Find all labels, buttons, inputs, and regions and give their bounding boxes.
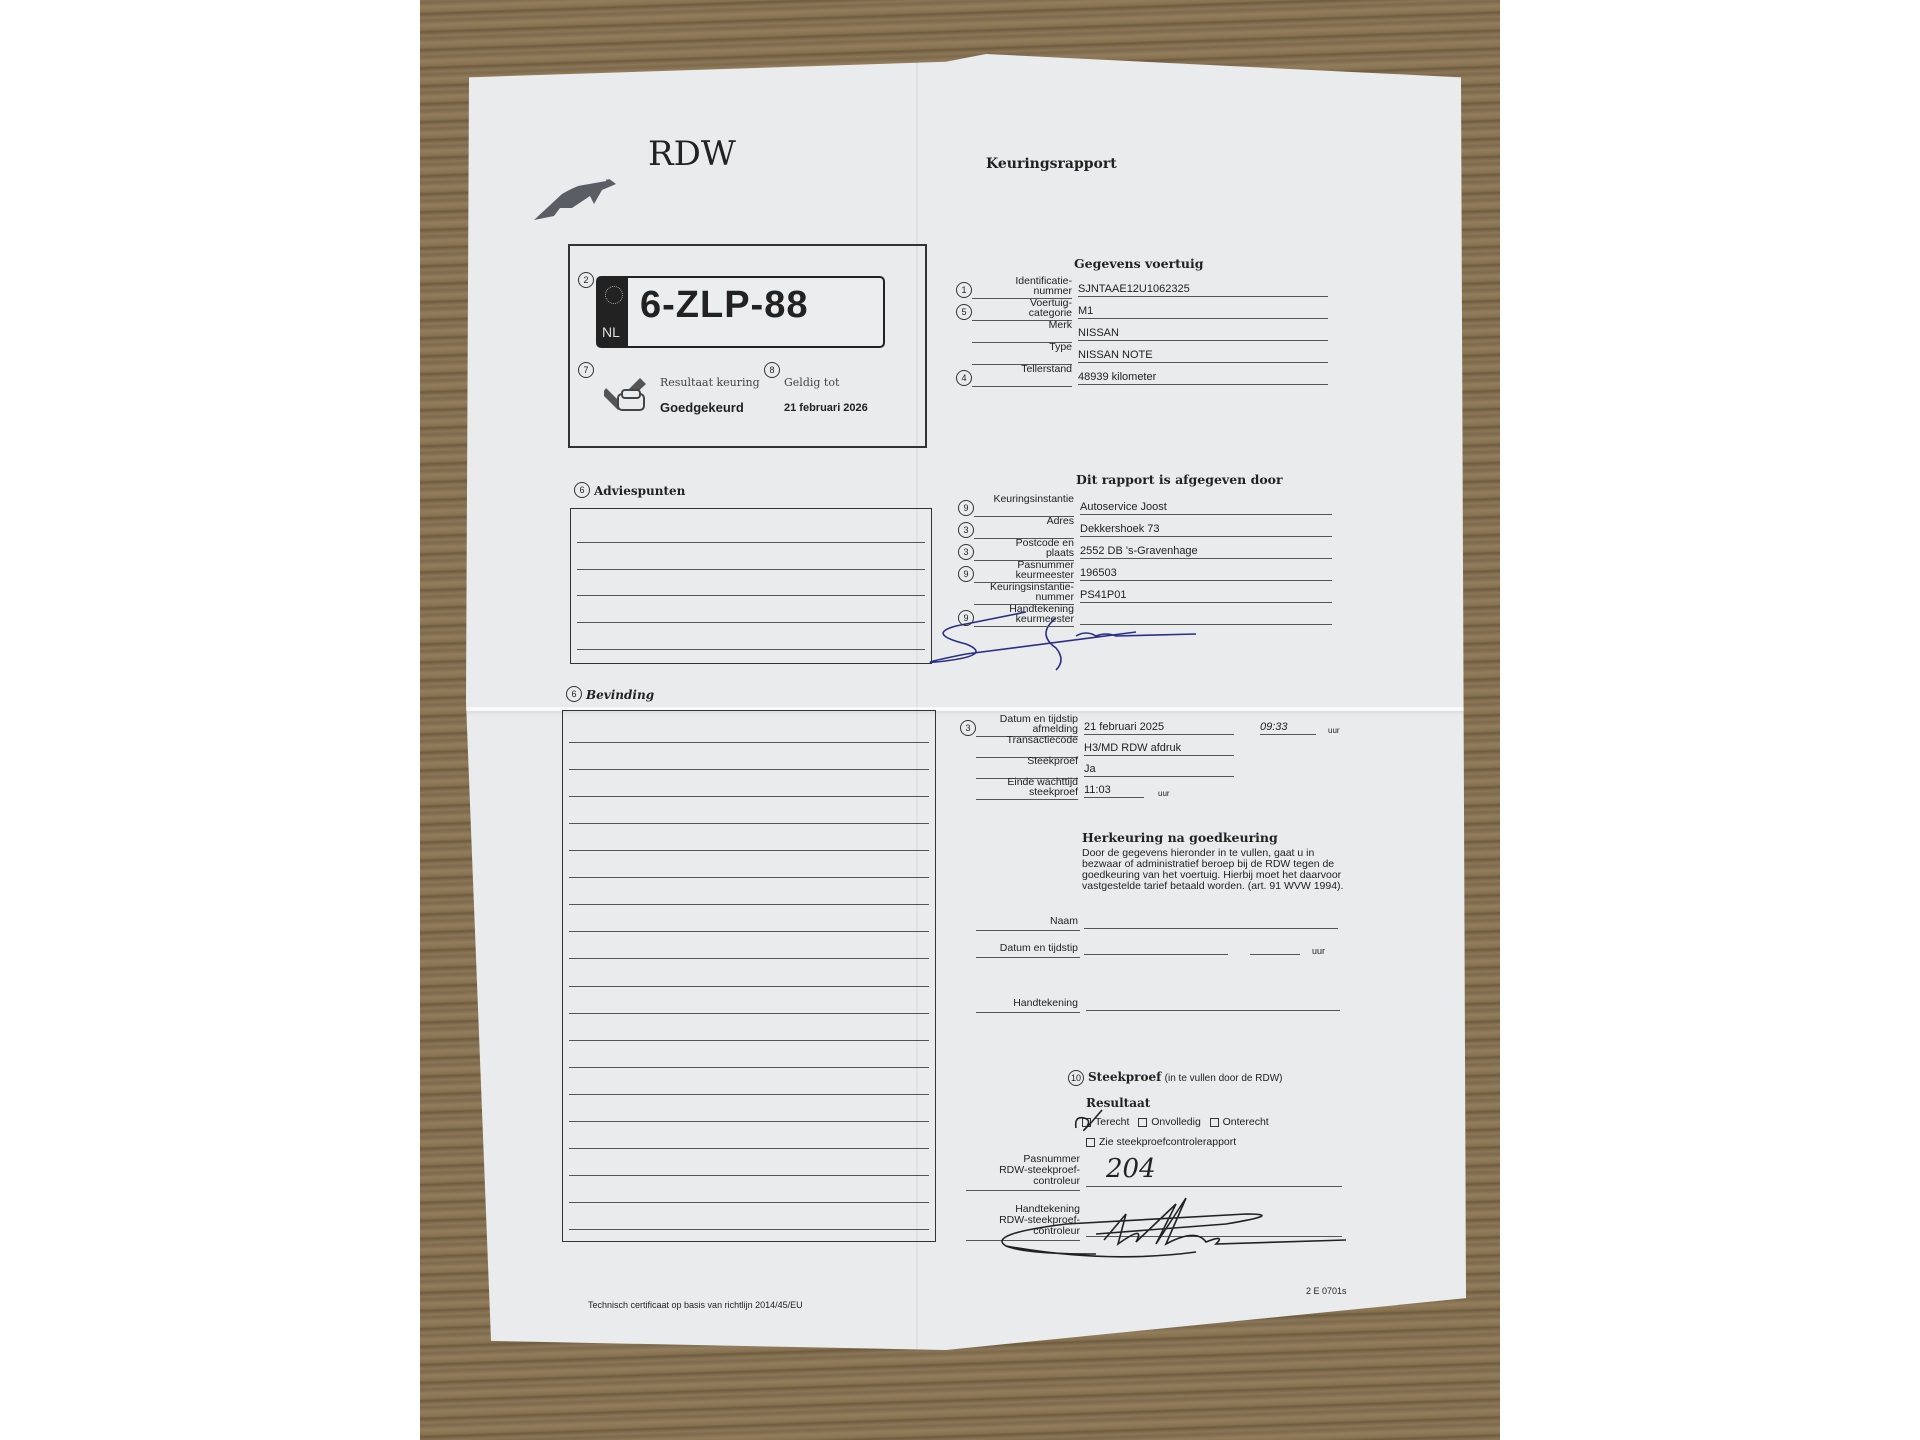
- writing-line: [577, 595, 925, 596]
- time-value: 09:33: [1260, 721, 1288, 733]
- field-input-line[interactable]: [1078, 384, 1328, 385]
- reinspection-heading: Herkeuring na goedkeuring: [1082, 830, 1278, 845]
- field-input-line[interactable]: [1078, 296, 1328, 297]
- writing-line: [577, 569, 925, 570]
- checkmark-scribble: [1072, 1106, 1112, 1136]
- field-value: 2552 DB 's-Gravenhage: [1080, 545, 1198, 557]
- writing-line: [577, 622, 925, 623]
- field-value: M1: [1078, 305, 1093, 317]
- name-field[interactable]: [1084, 928, 1338, 929]
- field-label: Einde wachttijdsteekproef: [976, 777, 1078, 797]
- spot-check-heading: Steekproef: [1088, 1070, 1161, 1084]
- writing-line: [569, 1202, 929, 1203]
- writing-line: [569, 986, 929, 987]
- marker-1: 1: [956, 282, 972, 298]
- field-label: Handtekeningkeurmeester: [974, 604, 1074, 624]
- brand-name: RDW: [648, 134, 736, 174]
- field-label: Voertuig-categorie: [972, 298, 1072, 318]
- writing-line: [569, 1040, 929, 1041]
- unit-label: uur: [1312, 946, 1325, 956]
- field-value: Ja: [1084, 763, 1096, 775]
- field-value: 21 februari 2025: [1084, 721, 1164, 733]
- eu-band: NL: [598, 278, 628, 346]
- field-label: Identificatie-nummer: [972, 276, 1072, 296]
- field-label: Adres: [974, 516, 1074, 526]
- field-label: Merk: [972, 320, 1072, 330]
- controller-signature: [986, 1184, 1346, 1264]
- field-input-line[interactable]: [1084, 797, 1144, 798]
- valid-until-label: Geldig tot: [784, 376, 839, 389]
- spot-check-subheading: (in te vullen door de RDW): [1165, 1073, 1283, 1084]
- feather-icon: [532, 164, 622, 224]
- result-label: Resultaat keuring: [660, 376, 760, 389]
- field-input-line[interactable]: [1080, 580, 1332, 581]
- findings-heading: Bevinding: [586, 688, 654, 702]
- writing-line: [569, 931, 929, 932]
- marker-8: 8: [764, 362, 780, 378]
- writing-line: [577, 649, 925, 650]
- spot-check-heading-row: Steekproef (in te vullen door de RDW): [1088, 1070, 1282, 1084]
- signature-label: Handtekening: [986, 998, 1078, 1008]
- field-label: Type: [972, 342, 1072, 352]
- field-input-line[interactable]: [1080, 514, 1332, 515]
- reinspection-text: Door de gegevens hieronder in te vullen,…: [1082, 848, 1347, 892]
- divider: [976, 930, 1080, 931]
- marker-9: 9: [958, 566, 974, 582]
- writing-line: [569, 958, 929, 959]
- marker-4: 4: [956, 370, 972, 386]
- field-input-line[interactable]: [1084, 776, 1234, 777]
- plate-number: 6-ZLP-88: [640, 284, 808, 327]
- eu-stars-icon: [605, 286, 623, 304]
- field-label: Tellerstand: [972, 364, 1072, 374]
- checkbox[interactable]: [1138, 1118, 1147, 1127]
- writing-line: [569, 742, 929, 743]
- writing-line: [569, 904, 929, 905]
- writing-line: [569, 1067, 929, 1068]
- field-value: 48939 kilometer: [1078, 371, 1156, 383]
- marker-10: 10: [1068, 1070, 1084, 1086]
- writing-line: [569, 1229, 929, 1230]
- car-check-icon: [604, 376, 648, 414]
- unit-label: uur: [1158, 789, 1170, 798]
- field-label: Keuringsinstantie-nummer: [974, 582, 1074, 602]
- advice-box[interactable]: [570, 508, 932, 664]
- writing-line: [577, 542, 925, 543]
- field-input-line[interactable]: [1080, 536, 1332, 537]
- marker-6: 6: [566, 686, 582, 702]
- writing-line: [569, 1175, 929, 1176]
- option-onterecht[interactable]: Onterecht: [1210, 1116, 1269, 1128]
- writing-line: [569, 877, 929, 878]
- field-value: 196503: [1080, 567, 1117, 579]
- writing-line: [569, 850, 929, 851]
- unit-label: uur: [1328, 726, 1340, 735]
- writing-line: [569, 769, 929, 770]
- marker-5: 5: [956, 304, 972, 320]
- marker-3: 3: [960, 720, 976, 736]
- field-value: Autoservice Joost: [1080, 501, 1167, 513]
- datetime-label: Datum en tijdstip: [966, 943, 1078, 953]
- writing-line: [569, 1013, 929, 1014]
- writing-line: [569, 1094, 929, 1095]
- footer-legal: Technisch certificaat op basis van richt…: [588, 1300, 803, 1310]
- valid-until-value: 21 februari 2026: [784, 402, 868, 414]
- inspection-report-sheet: RDW Keuringsrapport 2 NL 6-ZLP-88 7 Resu…: [466, 54, 1466, 1350]
- field-value: Dekkershoek 73: [1080, 523, 1160, 535]
- signature-field[interactable]: [1086, 1010, 1340, 1011]
- field-label: Steekproef: [976, 756, 1078, 766]
- option-zie-rapport[interactable]: Zie steekproefcontrolerapport: [1086, 1136, 1236, 1148]
- marker-9: 9: [958, 500, 974, 516]
- license-plate: NL 6-ZLP-88: [596, 276, 885, 348]
- field-input-line[interactable]: [1078, 362, 1328, 363]
- field-label: Pasnummerkeurmeester: [974, 560, 1074, 580]
- marker-2: 2: [578, 272, 594, 288]
- marker-7: 7: [578, 362, 594, 378]
- date-field[interactable]: [1084, 954, 1228, 955]
- field-value: H3/MD RDW afdruk: [1084, 742, 1181, 754]
- field-label: Postcode enplaats: [974, 538, 1074, 558]
- name-label: Naam: [986, 916, 1078, 926]
- document-title: Keuringsrapport: [986, 156, 1117, 172]
- field-value: NISSAN NOTE: [1078, 349, 1153, 361]
- field-label: Datum en tijdstipafmelding: [976, 714, 1078, 734]
- divider: [976, 799, 1078, 800]
- findings-box[interactable]: [562, 710, 936, 1242]
- field-value: 11:03: [1084, 784, 1111, 796]
- writing-line: [569, 1121, 929, 1122]
- field-value: NISSAN: [1078, 327, 1119, 339]
- checkbox[interactable]: [1086, 1138, 1095, 1147]
- pass-number-value: 204: [1106, 1154, 1156, 1184]
- marker-3: 3: [958, 522, 974, 538]
- divider: [976, 957, 1080, 958]
- time-input-line[interactable]: [1260, 734, 1316, 735]
- time-field[interactable]: [1250, 954, 1300, 955]
- field-input-line[interactable]: [1080, 602, 1332, 603]
- marker-9: 9: [958, 610, 974, 626]
- option-onvolledig[interactable]: Onvolledig: [1138, 1116, 1201, 1128]
- field-label: Transactiecode: [976, 735, 1078, 745]
- field-value: PS41P01: [1080, 589, 1126, 601]
- checkbox[interactable]: [1210, 1118, 1219, 1127]
- field-value: SJNTAAE12U1062325: [1078, 283, 1190, 295]
- pass-number-label: PasnummerRDW-steekproef-controleur: [966, 1154, 1080, 1187]
- field-input-line[interactable]: [1080, 558, 1332, 559]
- form-code: 2 E 0701s: [1306, 1286, 1347, 1296]
- field-input-line[interactable]: [1084, 734, 1234, 735]
- issued-by-heading: Dit rapport is afgegeven door: [1076, 472, 1283, 487]
- field-input-line[interactable]: [1078, 340, 1328, 341]
- divider: [974, 626, 1074, 627]
- writing-line: [569, 796, 929, 797]
- marker-3: 3: [958, 544, 974, 560]
- divider: [972, 386, 1072, 387]
- field-input-line[interactable]: [1078, 318, 1328, 319]
- country-code: NL: [602, 324, 620, 340]
- writing-line: [569, 1148, 929, 1149]
- field-label: Keuringsinstantie: [974, 494, 1074, 504]
- writing-line: [569, 823, 929, 824]
- divider: [976, 1012, 1080, 1013]
- result-value: Goedgekeurd: [660, 400, 744, 415]
- marker-6: 6: [574, 482, 590, 498]
- advice-heading: Adviespunten: [594, 484, 685, 498]
- field-input-line[interactable]: [1084, 755, 1234, 756]
- field-input-line[interactable]: [1080, 624, 1332, 625]
- vehicle-data-heading: Gegevens voertuig: [1074, 256, 1204, 271]
